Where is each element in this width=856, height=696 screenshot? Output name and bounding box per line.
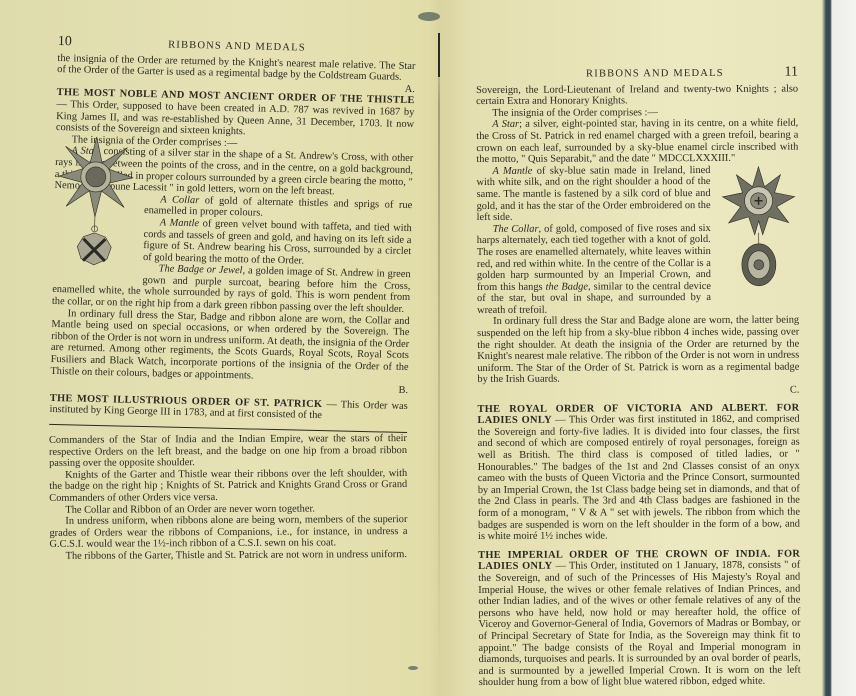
st-patrick-insignia-illustration <box>718 164 799 294</box>
footnote-paragraph: Commanders of the Star of India and the … <box>49 433 407 470</box>
thistle-star-icon <box>53 132 138 274</box>
footnote-divider <box>49 424 407 433</box>
st-patrick-star-icon <box>718 164 799 294</box>
gutter-mark <box>438 33 440 77</box>
book-gutter <box>438 30 440 670</box>
page-number: 11 <box>785 67 799 79</box>
running-title: RIBBONS AND MEDALS <box>586 68 724 80</box>
running-title: RIBBONS AND MEDALS <box>168 40 306 55</box>
footnote-paragraph: Knights of the Garter and Thistle wear t… <box>49 468 407 505</box>
st-patrick-section: THE MOST ILLUSTRIOUS ORDER OF ST. PATRIC… <box>49 393 407 424</box>
ink-smudge <box>418 12 440 21</box>
footnote-paragraph: In undress uniform, when ribbons alone a… <box>49 514 407 551</box>
page-number: 10 <box>58 36 72 48</box>
footnote-block: Commanders of the Star of India and the … <box>49 433 408 562</box>
continued-paragraph: Sovereign, the Lord-Lieutenant of Irelan… <box>476 83 798 108</box>
left-page: 10 RIBBONS AND MEDALS the insignia of th… <box>46 36 416 571</box>
right-page: RIBBONS AND MEDALS 11 Sovereign, the Lor… <box>476 67 801 689</box>
footnote-paragraph: The ribbons of the Garter, Thistle and S… <box>50 549 408 562</box>
ink-smudge <box>408 666 418 670</box>
star-paragraph: A Star; a silver, eight-pointed star, ha… <box>476 118 798 166</box>
victoria-albert-section: THE ROYAL ORDER OF VICTORIA AND ALBERT. … <box>477 402 800 543</box>
full-dress-paragraph: In ordinary full dress the Star and Badg… <box>477 315 799 386</box>
section-signature: C. <box>477 385 799 398</box>
book-spread: 10 RIBBONS AND MEDALS the insignia of th… <box>0 0 856 696</box>
crown-of-india-section: THE IMPERIAL ORDER OF THE CROWN OF INDIA… <box>478 548 801 689</box>
thistle-insignia-illustration <box>53 132 138 274</box>
right-running-head: RIBBONS AND MEDALS 11 <box>476 67 798 81</box>
full-dress-paragraph: In ordinary full dress the Star, Badge a… <box>50 308 409 386</box>
